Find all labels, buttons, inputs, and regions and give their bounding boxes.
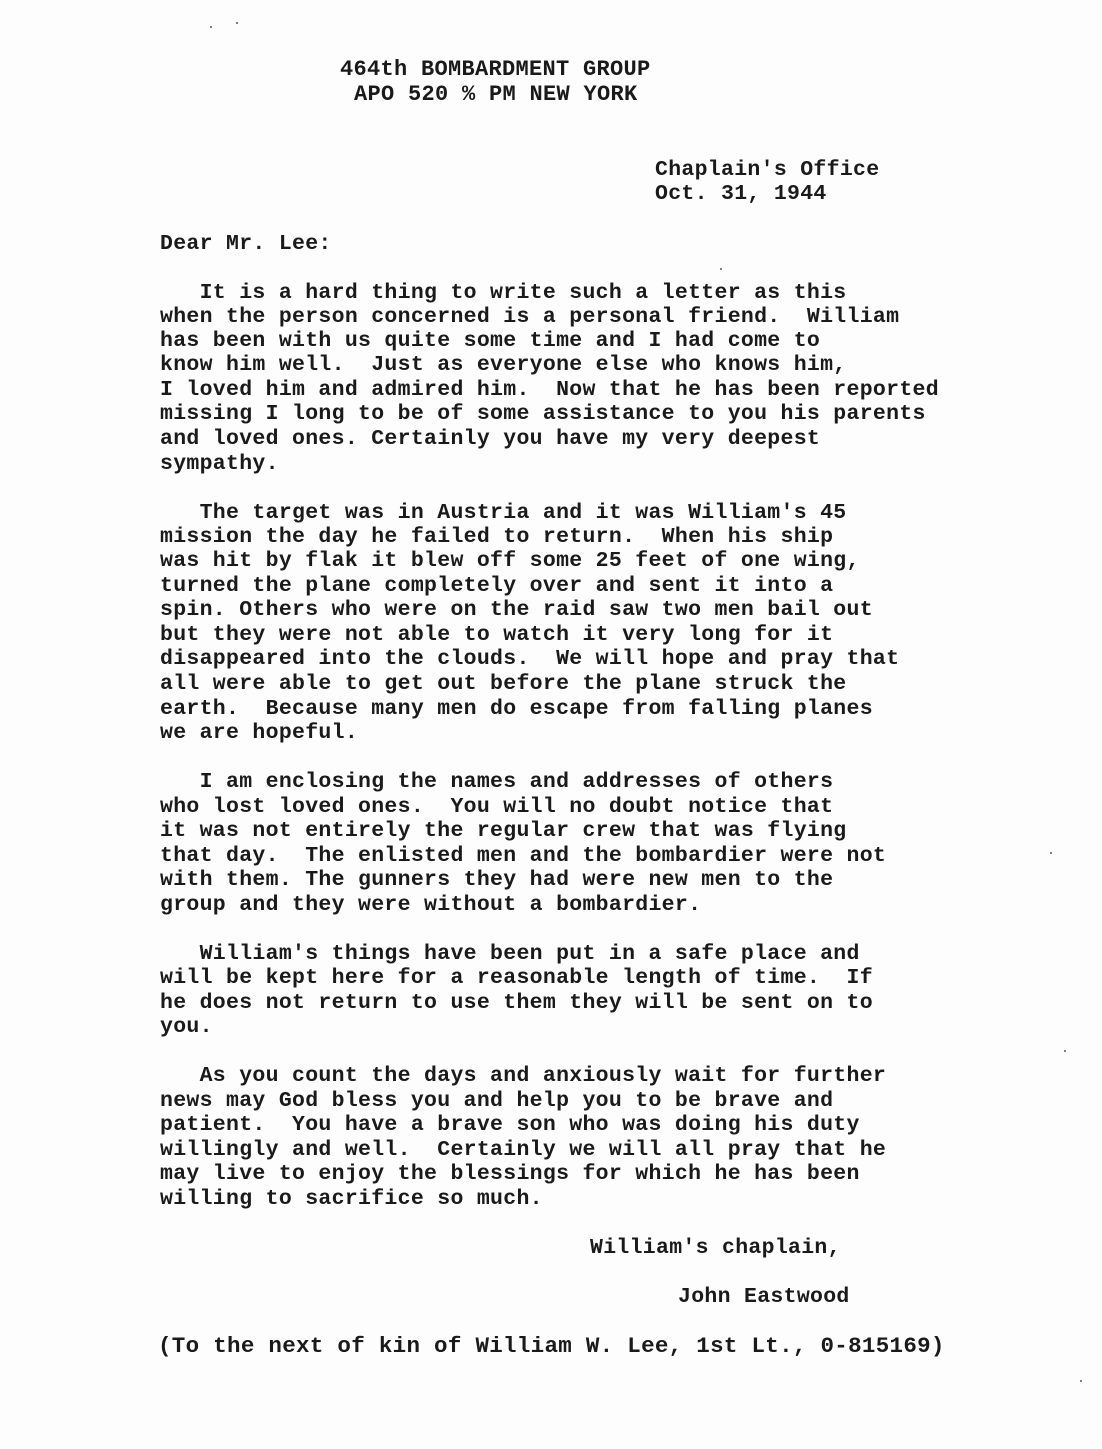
scan-speck: [1050, 852, 1052, 854]
office-label: Chaplain's Office: [655, 158, 879, 182]
paragraph-line: I loved him and admired him. Now that he…: [160, 378, 939, 402]
paragraph-line: we are hopeful.: [160, 721, 358, 745]
paragraph-line: It is a hard thing to write such a lette…: [160, 281, 847, 305]
letter-date: Oct. 31, 1944: [655, 182, 827, 206]
paragraph-line: he does not return to use them they will…: [160, 991, 873, 1015]
paragraph-line: patient. You have a brave son who was do…: [160, 1113, 860, 1137]
paragraph-line: you.: [160, 1015, 213, 1039]
paragraph-line: was hit by flak it blew off some 25 feet…: [160, 549, 860, 573]
paragraph-line: missing I long to be of some assistance …: [160, 402, 926, 426]
paragraph-line: earth. Because many men do escape from f…: [160, 697, 873, 721]
paragraph-line: may live to enjoy the blessings for whic…: [160, 1162, 860, 1186]
paragraph-line: with them. The gunners they had were new…: [160, 868, 833, 892]
paragraph-line: disappeared into the clouds. We will hop…: [160, 647, 899, 671]
letter-page: 464th BOMBARDMENT GROUP APO 520 % PM NEW…: [0, 0, 1102, 1449]
scan-speck: [720, 268, 722, 270]
paragraph-line: news may God bless you and help you to b…: [160, 1089, 833, 1113]
paragraph-line: spin. Others who were on the raid saw tw…: [160, 598, 873, 622]
paragraph-line: As you count the days and anxiously wait…: [160, 1064, 886, 1088]
signature: John Eastwood: [678, 1285, 850, 1309]
scan-speck: [1064, 1050, 1066, 1052]
salutation: Dear Mr. Lee:: [160, 232, 332, 256]
paragraph-line: will be kept here for a reasonable lengt…: [160, 966, 873, 990]
letterhead-unit: 464th BOMBARDMENT GROUP: [340, 58, 651, 82]
letterhead-address: APO 520 % PM NEW YORK: [354, 83, 638, 107]
paragraph-line: William's things have been put in a safe…: [160, 942, 860, 966]
paragraph-line: turned the plane completely over and sen…: [160, 574, 833, 598]
paragraph-line: willing to sacrifice so much.: [160, 1187, 543, 1211]
footnote: (To the next of kin of William W. Lee, 1…: [158, 1334, 945, 1358]
paragraph-line: mission the day he failed to return. Whe…: [160, 525, 833, 549]
paragraph-line: sympathy.: [160, 452, 279, 476]
paragraph-line: and loved ones. Certainly you have my ve…: [160, 427, 820, 451]
closing: William's chaplain,: [590, 1236, 841, 1260]
paragraph-line: but they were not able to watch it very …: [160, 623, 833, 647]
paragraph-line: group and they were without a bombardier…: [160, 893, 701, 917]
paragraph-line: who lost loved ones. You will no doubt n…: [160, 795, 833, 819]
paragraph-line: when the person concerned is a personal …: [160, 305, 899, 329]
paragraph-line: all were able to get out before the plan…: [160, 672, 847, 696]
paragraph-line: it was not entirely the regular crew tha…: [160, 819, 847, 843]
paragraph-line: has been with us quite some time and I h…: [160, 329, 820, 353]
paragraph-line: The target was in Austria and it was Wil…: [160, 501, 847, 525]
scan-speck: [210, 26, 212, 28]
paragraph-line: willingly and well. Certainly we will al…: [160, 1138, 886, 1162]
scan-speck: [1080, 1380, 1082, 1382]
paragraph-line: I am enclosing the names and addresses o…: [160, 770, 833, 794]
paragraph-line: that day. The enlisted men and the bomba…: [160, 844, 886, 868]
scan-speck: [236, 22, 238, 24]
paragraph-line: know him well. Just as everyone else who…: [160, 353, 847, 377]
